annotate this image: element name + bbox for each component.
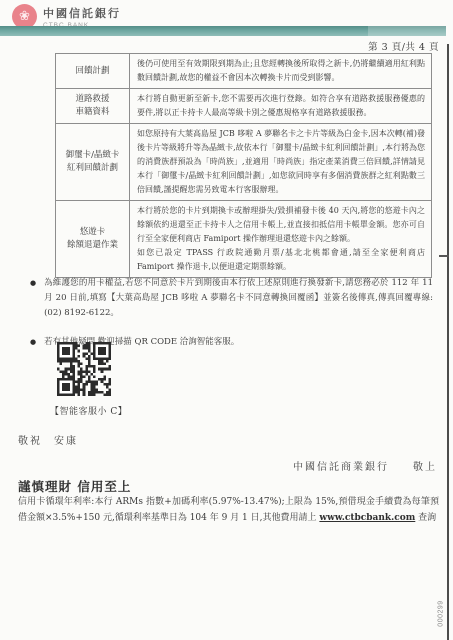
table-row: 道路救援 車籍資料 本行將自動更新至新卡,您不需要再次進行登錄。如符合享有道路救… bbox=[56, 89, 432, 124]
list-item: ● 為維護您的用卡權益,若您不同意於卡片到期後由本行依上述原則進行換發新卡,請您… bbox=[30, 276, 433, 321]
bullet-text-disagree-reply: 為維護您的用卡權益,若您不同意於卡片到期後由本行依上述原則進行換發新卡,請您務必… bbox=[44, 276, 433, 321]
bullet-icon: ● bbox=[30, 276, 36, 321]
table-row: 御璽卡/晶緻卡 紅利回饋計劃 如您原持有大葉高島屋 JCB 哆啦 A 夢聯名卡之… bbox=[56, 124, 432, 201]
footer-text-2: 查詢 bbox=[415, 513, 436, 523]
row-content-roadside-assistance: 本行將自動更新至新卡,您不需要再次進行登錄。如符合享有道路救援服務優惠的要件,將… bbox=[130, 89, 432, 124]
row-content-signature-card-rewards: 如您原持有大葉高島屋 JCB 哆啦 A 夢聯名卡之卡片等級為白金卡,因本次轉(補… bbox=[130, 124, 432, 201]
document-page: ❀ 中國信託銀行 CTBC BANK 第 3 頁/共 4 頁 回饋計劃 後仍可使… bbox=[0, 0, 453, 640]
row-content-rewards-program: 後仍可使用至有效期限到期為止;且您經轉換後所取得之新卡,仍將繼續適用紅利點數回饋… bbox=[130, 54, 432, 89]
closing-blessing: 敬祝 安康 bbox=[18, 432, 78, 447]
bank-website-link[interactable]: www.ctbcbank.com bbox=[319, 513, 415, 523]
bank-name-zh: 中國信託銀行 bbox=[43, 5, 121, 21]
bank-name-block: 中國信託銀行 CTBC BANK bbox=[43, 5, 121, 29]
card-conversion-info-table: 回饋計劃 後仍可使用至有效期限到期為止;且您經轉換後所取得之新卡,仍將繼續適用紅… bbox=[55, 53, 432, 278]
header-teal-bar bbox=[0, 26, 446, 36]
table-row: 悠遊卡 餘額退還作業 本行將於您的卡片到期換卡或辦理掛失/毀損補發卡後 40 天… bbox=[56, 201, 432, 278]
document-serial-number: 000299 bbox=[438, 597, 445, 631]
footer-disclaimer: 信用卡循環年利率:本行 ARMs 指數+加碼利率(5.97%-13.47%);上… bbox=[18, 495, 439, 526]
row-content-easycard-refund: 本行將於您的卡片到期換卡或辦理掛失/毀損補發卡後 40 天內,將您的悠遊卡內之餘… bbox=[130, 201, 432, 278]
row-label-easycard-refund: 悠遊卡 餘額退還作業 bbox=[56, 201, 130, 278]
qr-label: 【智能客服小 C】 bbox=[50, 404, 146, 417]
row-label-roadside-assistance: 道路救援 車籍資料 bbox=[56, 89, 130, 124]
page-indicator: 第 3 頁/共 4 頁 bbox=[368, 39, 439, 53]
scan-edge-line bbox=[447, 44, 449, 640]
credit-slogan: 謹慎理財 信用至上 bbox=[18, 477, 131, 495]
qr-code bbox=[57, 342, 111, 396]
row-label-rewards-program: 回饋計劃 bbox=[56, 54, 130, 89]
closing-signature: 中國信託商業銀行 敬上 bbox=[293, 458, 437, 473]
table-row: 回饋計劃 後仍可使用至有效期限到期為止;且您經轉換後所取得之新卡,仍將繼續適用紅… bbox=[56, 54, 432, 89]
qr-block: 【智能客服小 C】 bbox=[50, 342, 146, 417]
bullet-icon: ● bbox=[30, 335, 36, 350]
scan-edge-tick bbox=[439, 255, 449, 257]
row-label-signature-card-rewards: 御璽卡/晶緻卡 紅利回饋計劃 bbox=[56, 124, 130, 201]
